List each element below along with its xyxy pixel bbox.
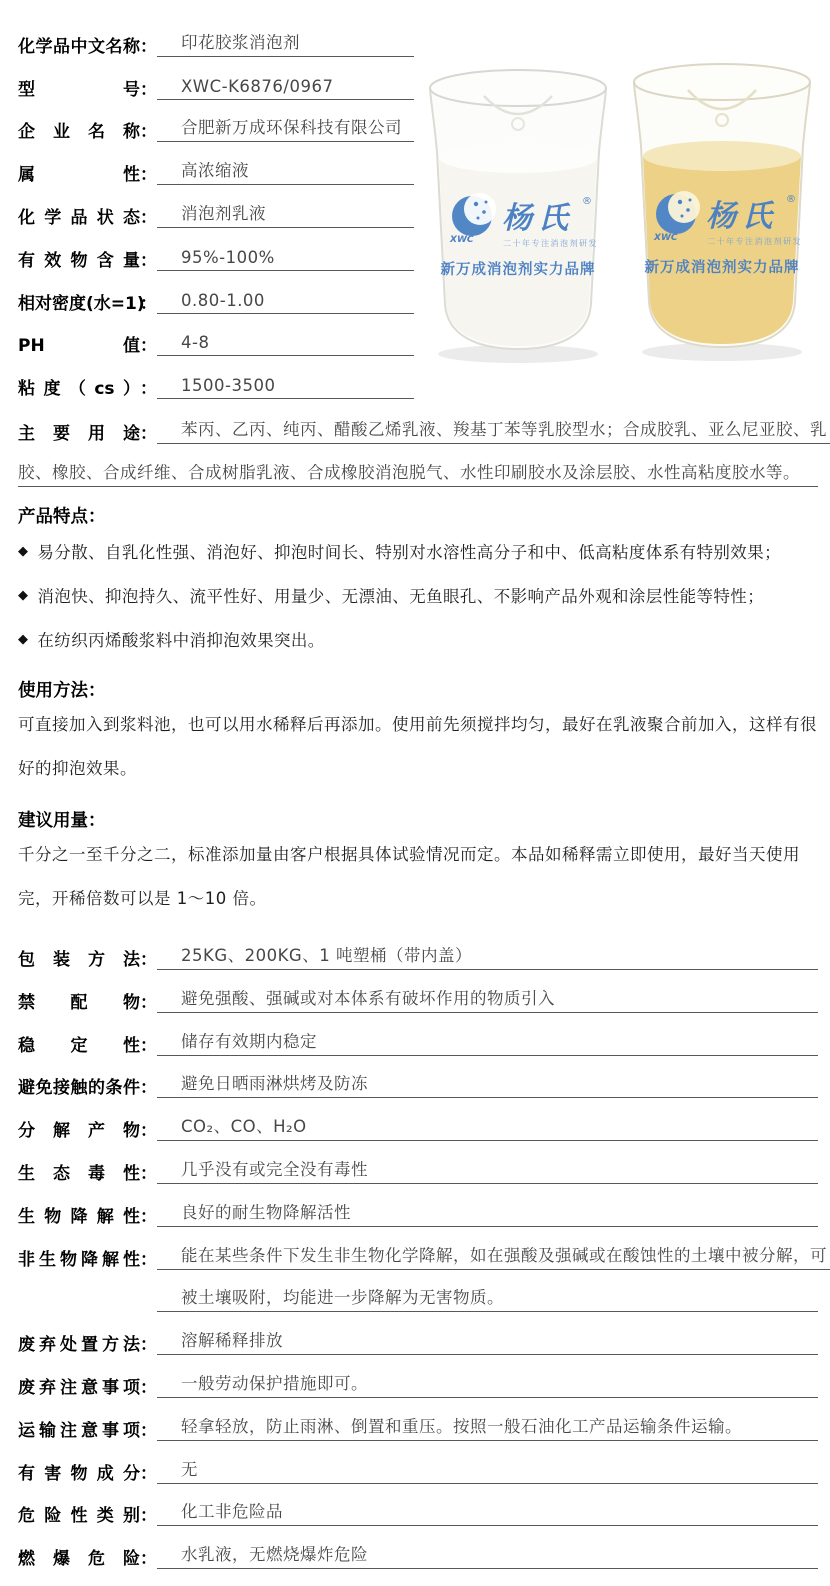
field-row-incompatibilities: 禁配物：避免强酸、强碱或对本体系有破坏作用的物质引入	[18, 970, 818, 1013]
product-photo: XWC 杨氏 ® 二十年专注消泡剂研发 新万成消泡剂实力品牌	[424, 52, 816, 378]
beaker-left: XWC 杨氏 ® 二十年专注消泡剂研发 新万成消泡剂实力品牌	[430, 70, 606, 363]
field-value-line2: 被土壤吸附，均能进一步降解为无害物质。	[157, 1284, 818, 1312]
logo-dot	[474, 202, 478, 206]
logo-dot	[689, 199, 692, 202]
registered-mark: ®	[582, 196, 592, 207]
beaker-left-rim	[430, 70, 606, 106]
field-value: 储存有效期内稳定	[157, 1028, 818, 1056]
feature-bullet-text: 在纺织丙烯酸浆料中消抑泡效果突出。	[37, 627, 324, 651]
tagline-small-text: 二十年专注消泡剂研发	[503, 238, 598, 248]
usage-method-paragraph: 可直接加入到浆料池，也可以用水稀释后再添加。使用前先须搅拌均匀，最好在乳液聚合前…	[18, 703, 818, 791]
field-row-main-uses-cont: 胶、橡胶、合成纤维、合成树脂乳液、合成橡胶消泡脱气、水性印刷胶水及涂层胶、水性高…	[18, 444, 818, 487]
field-label: 稳定性：	[18, 1031, 157, 1056]
diamond-bullet-icon: ◆	[18, 632, 28, 647]
field-value: 合肥新万成环保科技有限公司	[157, 114, 414, 142]
field-row-biodegradability: 生物降解性：良好的耐生物降解活性	[18, 1184, 818, 1227]
field-row-disposal-precautions: 废弃注意事项：一般劳动保护措施即可。	[18, 1355, 818, 1398]
field-value: 溶解稀释排放	[157, 1327, 818, 1355]
field-label: 粘度（cs）：	[18, 374, 157, 399]
feature-bullet-3: ◆在纺织丙烯酸浆料中消抑泡效果突出。	[18, 617, 818, 661]
beakers-illustration: XWC 杨氏 ® 二十年专注消泡剂研发 新万成消泡剂实力品牌	[424, 52, 816, 378]
logo-dot	[482, 210, 486, 214]
features-list: ◆易分散、自乳化性强、消泡好、抑泡时间长、特别对水溶性高分子和中、低高粘度体系有…	[18, 529, 818, 661]
field-value: 水乳液，无燃烧爆炸危险	[157, 1541, 818, 1569]
field-row-disposal-method: 废弃处置方法：溶解稀释排放	[18, 1312, 818, 1355]
field-label: 废弃处置方法：	[18, 1330, 157, 1355]
field-row-ph-value: PH值：4-8	[18, 314, 414, 357]
beaker-right: XWC 杨氏 ® 二十年专注消泡剂研发 新万成消泡剂实力品牌	[634, 64, 810, 361]
field-row-relative-density: 相对密度(水=1)：0.80-1.00	[18, 271, 414, 314]
field-label: 相对密度(水=1)：	[18, 289, 157, 314]
crescent-cutout	[668, 191, 700, 223]
beaker-left-liquid	[439, 158, 597, 346]
top-block: 化学品中文名称：印花胶浆消泡剂型号：XWC-K6876/0967企业名称：合肥新…	[18, 14, 818, 399]
registered-mark: ®	[786, 194, 796, 205]
field-value: 几乎没有或完全没有毒性	[157, 1156, 818, 1184]
field-row-property: 属性：高浓缩液	[18, 142, 414, 185]
field-value: 化工非危险品	[157, 1498, 818, 1526]
field-label: PH值：	[18, 331, 157, 356]
field-label: 危险性类别：	[18, 1501, 157, 1526]
field-row-main-uses: 主要用途： 苯丙、乙丙、纯丙、醋酸乙烯乳液、羧基丁苯等乳胶型水；合成胶乳、亚么尼…	[18, 401, 818, 444]
field-label: 包装方法：	[18, 945, 157, 970]
field-value: 良好的耐生物降解活性	[157, 1199, 818, 1227]
field-value: 95%-100%	[157, 248, 414, 271]
field-label: 属性：	[18, 160, 157, 185]
field-value: CO₂、CO、H₂O	[157, 1113, 818, 1141]
field-value: 印花胶浆消泡剂	[157, 29, 414, 57]
field-value: 一般劳动保护措施即可。	[157, 1370, 818, 1398]
field-row-non-biodegradability-cont: 被土壤吸附，均能进一步降解为无害物质。	[157, 1270, 818, 1313]
crescent-cutout	[464, 193, 496, 225]
field-row-non-biodegradability: 非生物降解性：能在某些条件下发生非生物化学降解，如在强酸及强碱或在酸蚀性的土壤中…	[18, 1227, 818, 1270]
feature-bullet-2: ◆消泡快、抑泡持久、流平性好、用量少、无漂油、无鱼眼孔、不影响产品外观和涂层性能…	[18, 573, 818, 617]
field-row-hazard-class: 危险性类别：化工非危险品	[18, 1484, 818, 1527]
field-value: 避免强酸、强碱或对本体系有破坏作用的物质引入	[157, 985, 818, 1013]
dosage-paragraph: 千分之一至千分之二，标准添加量由客户根据具体试验情况而定。本品如稀释需立即使用，…	[18, 833, 818, 921]
diamond-bullet-icon: ◆	[18, 544, 28, 559]
beaker-right-liquid-surface	[643, 141, 801, 171]
beaker-right-liquid	[643, 156, 801, 344]
field-value: 轻拿轻放，防止雨淋、倒置和重压。按照一般石油化工产品运输条件运输。	[157, 1413, 818, 1441]
field-label: 运输注意事项：	[18, 1416, 157, 1441]
field-value: 无	[157, 1456, 818, 1484]
field-row-explosion-hazard: 燃爆危险：水乳液，无燃烧爆炸危险	[18, 1526, 818, 1569]
section-heading-features: 产品特点：	[18, 501, 818, 529]
field-value: 25KG、200KG、1 吨塑桶（带内盖）	[157, 942, 818, 970]
field-row-transport-precautions: 运输注意事项：轻拿轻放，防止雨淋、倒置和重压。按照一般石油化工产品运输条件运输。	[18, 1398, 818, 1441]
field-row-model-number: 型号：XWC-K6876/0967	[18, 57, 414, 100]
field-label: 避免接触的条件：	[18, 1073, 157, 1098]
beaker-right-rim	[634, 64, 810, 100]
product-spec-document: 化学品中文名称：印花胶浆消泡剂型号：XWC-K6876/0967企业名称：合肥新…	[0, 0, 830, 1586]
logo-dot	[678, 200, 682, 204]
field-value-line2: 胶、橡胶、合成纤维、合成树脂乳液、合成橡胶消泡脱气、水性印刷胶水及涂层胶、水性高…	[18, 459, 818, 487]
field-label: 禁配物：	[18, 988, 157, 1013]
field-value-line1: 苯丙、乙丙、纯丙、醋酸乙烯乳液、羧基丁苯等乳胶型水；合成胶乳、亚么尼亚胶、乳	[157, 416, 830, 444]
logo-dot	[686, 208, 690, 212]
field-value: 4-8	[157, 333, 414, 356]
field-value: 能在某些条件下发生非生物化学降解，如在强酸及强碱或在酸蚀性的土壤中被分解，可	[157, 1242, 830, 1270]
field-label: 有效物含量：	[18, 246, 157, 271]
field-label: 企业名称：	[18, 117, 157, 142]
field-value: 0.80-1.00	[157, 291, 414, 314]
field-label: 燃爆危险：	[18, 1544, 157, 1569]
field-row-chemical-state: 化学品状态：消泡剂乳液	[18, 185, 414, 228]
field-label: 废弃注意事项：	[18, 1373, 157, 1398]
field-label: 化学品状态：	[18, 203, 157, 228]
bottom-fields-list: 包装方法：25KG、200KG、1 吨塑桶（带内盖）禁配物：避免强酸、强碱或对本…	[18, 927, 818, 1569]
field-label: 生态毒性：	[18, 1159, 157, 1184]
field-row-harmful-components: 有害物成分：无	[18, 1441, 818, 1484]
logo-dot	[477, 217, 480, 220]
brand-name-text: 杨氏	[706, 199, 778, 234]
logo-xwc-text: XWC	[449, 235, 474, 245]
top-fields-list: 化学品中文名称：印花胶浆消泡剂型号：XWC-K6876/0967企业名称：合肥新…	[18, 14, 414, 399]
field-label: 型号：	[18, 75, 157, 100]
field-row-company-name: 企业名称：合肥新万成环保科技有限公司	[18, 100, 414, 143]
field-label: 化学品中文名称：	[18, 32, 157, 57]
diamond-bullet-icon: ◆	[18, 588, 28, 603]
field-label: 主要用途：	[18, 419, 157, 444]
logo-dot	[681, 215, 684, 218]
field-label: 分解产物：	[18, 1116, 157, 1141]
logo-dot	[485, 201, 488, 204]
section-heading-usage-method: 使用方法：	[18, 675, 818, 703]
tagline-small-text: 二十年专注消泡剂研发	[707, 236, 802, 246]
section-heading-dosage: 建议用量：	[18, 805, 818, 833]
beaker-left-liquid-surface	[439, 143, 597, 173]
field-value: 消泡剂乳液	[157, 200, 414, 228]
field-row-eco-toxicity: 生态毒性：几乎没有或完全没有毒性	[18, 1141, 818, 1184]
feature-bullet-text: 易分散、自乳化性强、消泡好、抑泡时间长、特别对水溶性高分子和中、低高粘度体系有特…	[37, 539, 781, 563]
logo-xwc-text: XWC	[653, 233, 678, 243]
field-row-active-content: 有效物含量：95%-100%	[18, 228, 414, 271]
field-value: 1500-3500	[157, 376, 414, 399]
field-label: 生物降解性：	[18, 1202, 157, 1227]
field-label: 有害物成分：	[18, 1459, 157, 1484]
field-value: 避免日晒雨淋烘烤及防冻	[157, 1070, 818, 1098]
field-label: 非生物降解性：	[18, 1245, 157, 1270]
field-row-decomposition-products: 分解产物：CO₂、CO、H₂O	[18, 1098, 818, 1141]
tagline-main-text: 新万成消泡剂实力品牌	[645, 258, 800, 276]
field-row-stability: 稳定性：储存有效期内稳定	[18, 1013, 818, 1056]
brand-name-text: 杨氏	[502, 201, 574, 236]
field-value: XWC-K6876/0967	[157, 77, 414, 100]
field-row-conditions-to-avoid: 避免接触的条件：避免日晒雨淋烘烤及防冻	[18, 1056, 818, 1099]
field-row-viscosity: 粘度（cs）：1500-3500	[18, 356, 414, 399]
field-row-packing-method: 包装方法：25KG、200KG、1 吨塑桶（带内盖）	[18, 927, 818, 970]
field-row-chemical-chinese-name: 化学品中文名称：印花胶浆消泡剂	[18, 14, 414, 57]
feature-bullet-text: 消泡快、抑泡持久、流平性好、用量少、无漂油、无鱼眼孔、不影响产品外观和涂层性能等…	[37, 583, 764, 607]
tagline-main-text: 新万成消泡剂实力品牌	[441, 260, 596, 278]
field-value: 高浓缩液	[157, 157, 414, 185]
feature-bullet-1: ◆易分散、自乳化性强、消泡好、抑泡时间长、特别对水溶性高分子和中、低高粘度体系有…	[18, 529, 818, 573]
